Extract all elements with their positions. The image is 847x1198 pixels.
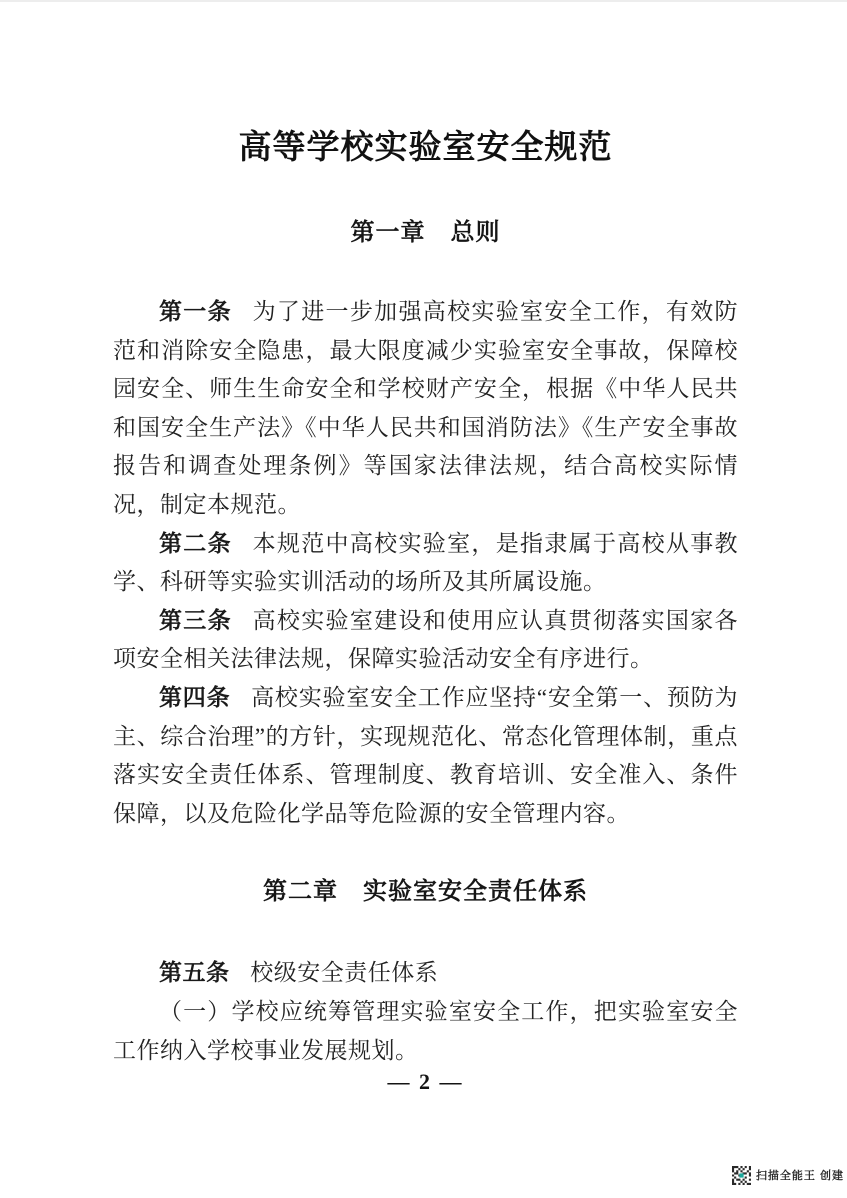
article-5-item-1: （一）学校应统筹管理实验室安全工作，把实验室安全工作纳入学校事业发展规划。 [113, 993, 738, 1070]
article-3-label: 第三条 [159, 608, 232, 633]
page-number: — 2 — [113, 1071, 738, 1093]
scanner-credit-label: 扫描全能王 创建 [756, 1167, 844, 1185]
article-1-label: 第一条 [159, 299, 232, 324]
chapter-2-heading: 第二章 实验室安全责任体系 [113, 878, 738, 905]
article-3-paragraph: 第三条高校实验室建设和使用应认真贯彻落实国家各项安全相关法律法规，保障实验活动安… [113, 602, 738, 679]
document-title: 高等学校实验室安全规范 [113, 130, 738, 166]
document-content: 高等学校实验室安全规范 第一章 总则 第一条为了进一步加强高校实验室安全工作，有… [0, 130, 847, 1093]
article-5-label: 第五条 [159, 960, 230, 985]
article-2-paragraph: 第二条本规范中高校实验室，是指隶属于高校从事教学、科研等实验实训活动的场所及其所… [113, 525, 738, 602]
qr-accent-square [739, 1173, 743, 1177]
document-body: 第一条为了进一步加强高校实验室安全工作，有效防范和消除安全隐患，最大限度减少实验… [113, 293, 738, 1093]
qr-code-icon [732, 1166, 751, 1185]
article-5-text: 校级安全责任体系 [250, 960, 438, 985]
article-4-label: 第四条 [159, 685, 230, 710]
article-4-paragraph: 第四条高校实验室安全工作应坚持“安全第一、预防为主、综合治理”的方针，实现规范化… [113, 679, 738, 833]
chapter-1-heading: 第一章 总则 [113, 219, 738, 246]
article-2-label: 第二条 [159, 531, 232, 556]
article-5-paragraph: 第五条校级安全责任体系 [113, 954, 738, 993]
article-1-paragraph: 第一条为了进一步加强高校实验室安全工作，有效防范和消除安全隐患，最大限度减少实验… [113, 293, 738, 525]
scanner-credit: 扫描全能王 创建 [732, 1166, 844, 1185]
document-page: 高等学校实验室安全规范 第一章 总则 第一条为了进一步加强高校实验室安全工作，有… [0, 0, 847, 1198]
article-1-text: 为了进一步加强高校实验室安全工作，有效防范和消除安全隐患，最大限度减少实验室安全… [113, 299, 738, 517]
